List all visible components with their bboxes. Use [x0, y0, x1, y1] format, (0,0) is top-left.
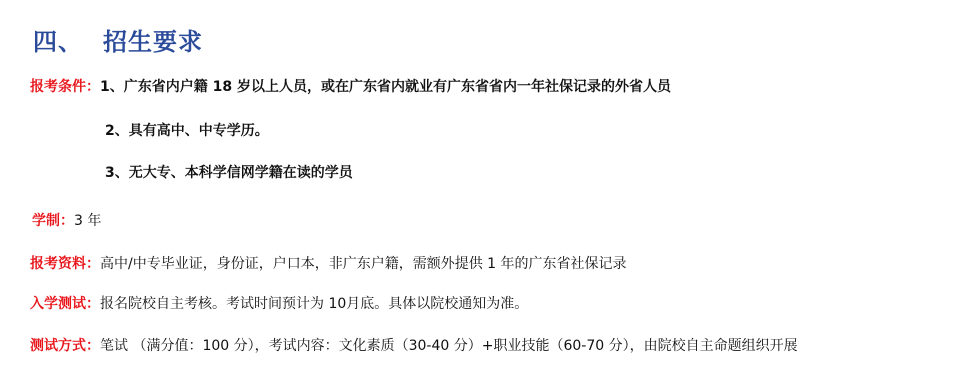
- requirements-label: 报考条件：: [30, 79, 100, 95]
- requirement-item-2: 2、具有高中、中专学历。: [105, 123, 269, 139]
- section-title: 招生要求: [103, 28, 203, 56]
- materials-value: 高中/中专毕业证，身份证，户口本，非广东户籍，需额外提供 1 年的广东省社保记录: [100, 256, 627, 272]
- test-method-row: 测试方式：笔试 （满分值：100 分），考试内容：文化素质（30-40 分）+职…: [30, 336, 798, 356]
- duration-row: 学制：3 年: [32, 211, 101, 231]
- requirement-item-1: 1、广东省内户籍 18 岁以上人员，或在广东省内就业有广东省省内一年社保记录的外…: [100, 79, 671, 95]
- test-method-value: 笔试 （满分值：100 分），考试内容：文化素质（30-40 分）+职业技能（6…: [100, 338, 798, 354]
- entrance-test-label: 入学测试：: [30, 296, 100, 312]
- requirements-row: 报考条件：1、广东省内户籍 18 岁以上人员，或在广东省内就业有广东省省内一年社…: [30, 77, 671, 97]
- requirement-row-3: 3、无大专、本科学信网学籍在读的学员: [105, 163, 353, 183]
- entrance-test-value: 报名院校自主考核。考试时间预计为 10月底。具体以院校通知为准。: [100, 296, 528, 312]
- section-number: 四、: [33, 22, 103, 57]
- materials-row: 报考资料：高中/中专毕业证，身份证，户口本，非广东户籍，需额外提供 1 年的广东…: [30, 254, 627, 274]
- duration-value: 3 年: [74, 213, 101, 229]
- entrance-test-row: 入学测试：报名院校自主考核。考试时间预计为 10月底。具体以院校通知为准。: [30, 294, 528, 314]
- materials-label: 报考资料：: [30, 256, 100, 272]
- requirement-row-2: 2、具有高中、中专学历。: [105, 121, 269, 141]
- duration-label: 学制：: [32, 213, 74, 229]
- section-heading: 四、招生要求: [33, 22, 203, 57]
- test-method-label: 测试方式：: [30, 338, 100, 354]
- requirement-item-3: 3、无大专、本科学信网学籍在读的学员: [105, 165, 353, 181]
